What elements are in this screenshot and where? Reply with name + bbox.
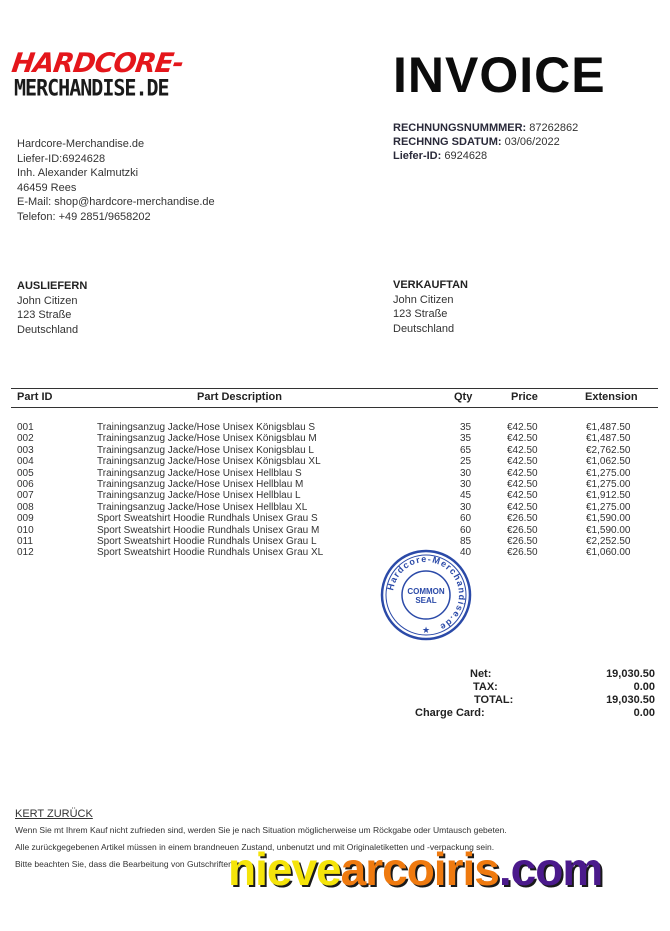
- seller-address: Hardcore-Merchandise.de Liefer-ID:692462…: [17, 137, 215, 224]
- sold-to-country: Deutschland: [393, 322, 468, 337]
- cell-price: €42.50: [507, 456, 538, 467]
- watermark: nievearcoiris.com: [228, 844, 602, 894]
- sold-to-heading: VERKAUFTAN: [393, 278, 468, 293]
- delivery-id: 6924628: [444, 150, 487, 162]
- table-row: 004Trainingsanzug Jacke/Hose Unisex Köni…: [11, 456, 658, 467]
- cell-part-id: 007: [17, 490, 34, 501]
- cell-qty: 85: [460, 536, 471, 547]
- totals-block: Net: 19,030.50 TAX: 0.00 TOTAL: 19,030.5…: [405, 668, 655, 720]
- charge-card-value: 0.00: [634, 707, 655, 719]
- logo-line1: HARDCORE-: [10, 50, 185, 77]
- cell-price: €26.50: [507, 525, 538, 536]
- cell-part-description: Trainingsanzug Jacke/Hose Unisex Konigsb…: [97, 445, 314, 456]
- cell-extension: €1,062.50: [586, 456, 631, 467]
- ship-to-country: Deutschland: [17, 323, 87, 338]
- table-header: Part ID Part Description Qty Price Exten…: [11, 388, 658, 408]
- cell-part-id: 010: [17, 525, 34, 536]
- cell-extension: €2,252.50: [586, 536, 631, 547]
- company-logo: HARDCORE- MERCHANDISE.DE: [12, 50, 182, 106]
- cell-qty: 35: [460, 433, 471, 444]
- ship-to-heading: AUSLIEFERN: [17, 279, 87, 294]
- seller-owner: Inh. Alexander Kalmutzki: [17, 166, 215, 181]
- cell-part-id: 008: [17, 502, 34, 513]
- cell-price: €42.50: [507, 422, 538, 433]
- cell-part-description: Sport Sweatshirt Hoodie Rundhals Unisex …: [97, 525, 319, 536]
- table-row: 001Trainingsanzug Jacke/Hose Unisex Köni…: [11, 422, 658, 433]
- cell-part-description: Sport Sweatshirt Hoodie Rundhals Unisex …: [97, 513, 318, 524]
- cell-qty: 30: [460, 502, 471, 513]
- cell-part-description: Trainingsanzug Jacke/Hose Unisex Hellbla…: [97, 490, 301, 501]
- returns-paragraph-1: Wenn Sie mt Ihrem Kauf nicht zufrieden s…: [15, 824, 655, 836]
- header-price: Price: [511, 391, 538, 403]
- cell-price: €26.50: [507, 513, 538, 524]
- cell-qty: 30: [460, 479, 471, 490]
- cell-qty: 45: [460, 490, 471, 501]
- cell-extension: €1,590.00: [586, 525, 631, 536]
- cell-extension: €1,487.50: [586, 422, 631, 433]
- cell-qty: 60: [460, 525, 471, 536]
- cell-extension: €1,275.00: [586, 502, 631, 513]
- cell-part-id: 011: [17, 536, 33, 547]
- header-part-id: Part ID: [17, 391, 52, 403]
- net-label: Net:: [470, 668, 491, 680]
- table-body: 001Trainingsanzug Jacke/Hose Unisex Köni…: [11, 422, 658, 559]
- cell-extension: €1,912.50: [586, 490, 631, 501]
- seller-city: 46459 Rees: [17, 181, 215, 196]
- cell-price: €42.50: [507, 445, 538, 456]
- invoice-date-label: RECHNNG SDATUM:: [393, 136, 502, 148]
- invoice-date: 03/06/2022: [505, 136, 560, 148]
- cell-price: €26.50: [507, 536, 538, 547]
- cell-part-id: 001: [17, 422, 34, 433]
- charge-card-label: Charge Card:: [415, 707, 485, 719]
- header-part-description: Part Description: [197, 391, 282, 403]
- ship-to-street: 123 Straße: [17, 308, 87, 323]
- svg-text:★: ★: [422, 625, 430, 635]
- svg-text:SEAL: SEAL: [415, 596, 436, 605]
- totals-net: Net: 19,030.50: [405, 668, 655, 681]
- line-items-table: Part ID Part Description Qty Price Exten…: [11, 388, 658, 559]
- seller-email: E-Mail: shop@hardcore-merchandise.de: [17, 195, 215, 210]
- delivery-id-label: Liefer-ID:: [393, 150, 441, 162]
- watermark-part1: nieve: [228, 843, 341, 895]
- seal-icon: Hardcore-Merchandise.de COMMON SEAL ★: [378, 549, 474, 641]
- net-value: 19,030.50: [606, 668, 655, 680]
- cell-part-id: 009: [17, 513, 34, 524]
- cell-extension: €1,060.00: [586, 547, 631, 558]
- total-value: 19,030.50: [606, 694, 655, 706]
- cell-part-description: Trainingsanzug Jacke/Hose Unisex Königsb…: [97, 433, 317, 444]
- totals-total: TOTAL: 19,030.50: [405, 694, 655, 707]
- cell-part-description: Trainingsanzug Jacke/Hose Unisex Königsb…: [97, 456, 321, 467]
- table-row: 010Sport Sweatshirt Hoodie Rundhals Unis…: [11, 525, 658, 536]
- sold-to-block: VERKAUFTAN John Citizen 123 Straße Deuts…: [393, 278, 468, 336]
- cell-part-description: Sport Sweatshirt Hoodie Rundhals Unisex …: [97, 547, 323, 558]
- cell-price: €26.50: [507, 547, 538, 558]
- table-row: 003Trainingsanzug Jacke/Hose Unisex Koni…: [11, 445, 658, 456]
- sold-to-name: John Citizen: [393, 293, 468, 308]
- cell-part-id: 012: [17, 547, 34, 558]
- cell-qty: 35: [460, 422, 471, 433]
- cell-part-description: Trainingsanzug Jacke/Hose Unisex Königsb…: [97, 422, 315, 433]
- cell-part-id: 005: [17, 468, 34, 479]
- returns-heading: KERT ZURÜCK: [15, 808, 655, 820]
- cell-qty: 65: [460, 445, 471, 456]
- sold-to-street: 123 Straße: [393, 307, 468, 322]
- cell-extension: €1,487.50: [586, 433, 631, 444]
- header-qty: Qty: [454, 391, 472, 403]
- seller-delivery-id: Liefer-ID:6924628: [17, 152, 215, 167]
- cell-part-id: 006: [17, 479, 34, 490]
- cell-extension: €1,275.00: [586, 468, 631, 479]
- invoice-meta: RECHNUNGSNUMMMER: 87262862 RECHNNG SDATU…: [393, 121, 578, 163]
- cell-qty: 30: [460, 468, 471, 479]
- total-label: TOTAL:: [474, 694, 513, 706]
- cell-part-description: Sport Sweatshirt Hoodie Rundhals Unisex …: [97, 536, 317, 547]
- table-row: 002Trainingsanzug Jacke/Hose Unisex Köni…: [11, 433, 658, 444]
- totals-tax: TAX: 0.00: [405, 681, 655, 694]
- cell-part-id: 002: [17, 433, 34, 444]
- watermark-part3: .com: [499, 843, 602, 895]
- table-row: 006Trainingsanzug Jacke/Hose Unisex Hell…: [11, 479, 658, 490]
- invoice-number-label: RECHNUNGSNUMMMER:: [393, 122, 526, 134]
- document-title: INVOICE: [393, 46, 606, 104]
- header-extension: Extension: [585, 391, 638, 403]
- cell-part-description: Trainingsanzug Jacke/Hose Unisex Hellbla…: [97, 468, 302, 479]
- seller-company: Hardcore-Merchandise.de: [17, 137, 215, 152]
- cell-price: €42.50: [507, 502, 538, 513]
- cell-part-id: 003: [17, 445, 34, 456]
- cell-part-description: Trainingsanzug Jacke/Hose Unisex Hellbla…: [97, 479, 303, 490]
- cell-price: €42.50: [507, 479, 538, 490]
- invoice-number: 87262862: [529, 122, 578, 134]
- table-row: 005Trainingsanzug Jacke/Hose Unisex Hell…: [11, 468, 658, 479]
- ship-to-name: John Citizen: [17, 294, 87, 309]
- cell-extension: €2,762.50: [586, 445, 631, 456]
- tax-value: 0.00: [634, 681, 655, 693]
- cell-price: €42.50: [507, 433, 538, 444]
- table-row: 009Sport Sweatshirt Hoodie Rundhals Unis…: [11, 513, 658, 524]
- totals-charge-card: Charge Card: 0.00: [405, 707, 655, 720]
- seller-phone: Telefon: +49 2851/9658202: [17, 210, 215, 225]
- cell-price: €42.50: [507, 468, 538, 479]
- table-row: 008Trainingsanzug Jacke/Hose Unisex Hell…: [11, 502, 658, 513]
- company-seal-stamp: Hardcore-Merchandise.de COMMON SEAL ★: [378, 549, 474, 641]
- table-row: 012Sport Sweatshirt Hoodie Rundhals Unis…: [11, 547, 658, 558]
- cell-extension: €1,590.00: [586, 513, 631, 524]
- cell-price: €42.50: [507, 490, 538, 501]
- cell-part-id: 004: [17, 456, 34, 467]
- cell-extension: €1,275.00: [586, 479, 631, 490]
- ship-to-block: AUSLIEFERN John Citizen 123 Straße Deuts…: [17, 279, 87, 337]
- svg-text:COMMON: COMMON: [407, 587, 445, 596]
- table-row: 011Sport Sweatshirt Hoodie Rundhals Unis…: [11, 536, 658, 547]
- cell-part-description: Trainingsanzug Jacke/Hose Unisex Hellbla…: [97, 502, 307, 513]
- logo-line2: MERCHANDISE.DE: [14, 76, 169, 100]
- cell-qty: 60: [460, 513, 471, 524]
- watermark-part2: arcoiris: [341, 843, 499, 895]
- table-row: 007Trainingsanzug Jacke/Hose Unisex Hell…: [11, 490, 658, 501]
- cell-qty: 25: [460, 456, 471, 467]
- tax-label: TAX:: [473, 681, 498, 693]
